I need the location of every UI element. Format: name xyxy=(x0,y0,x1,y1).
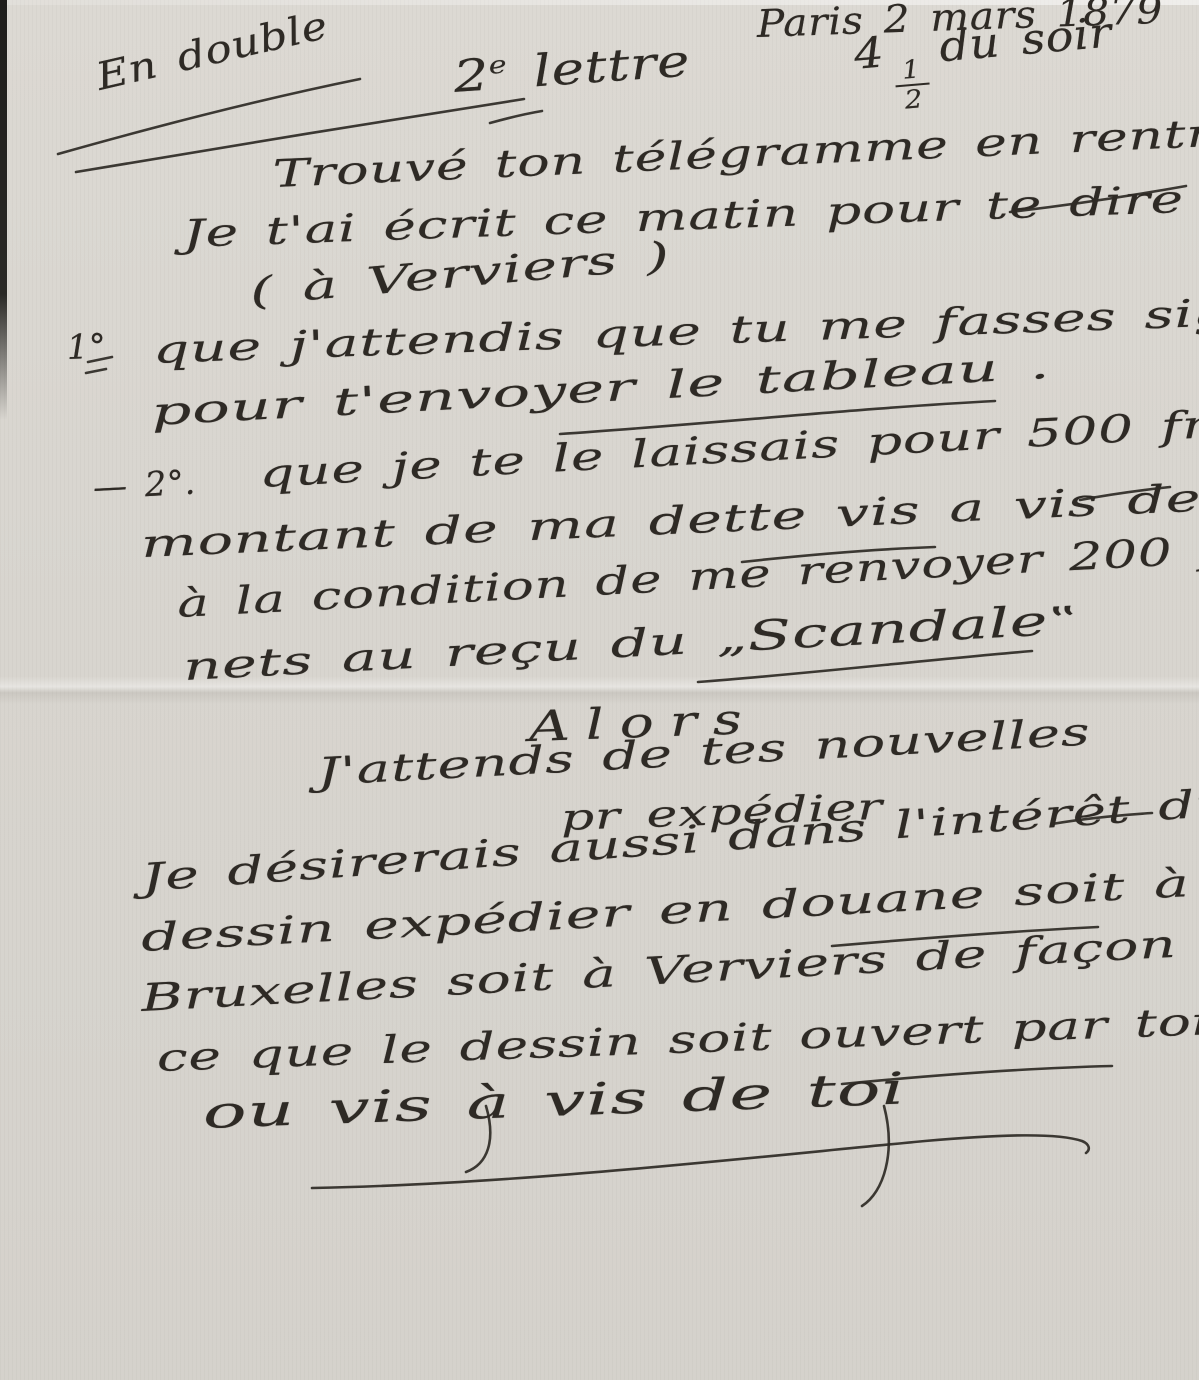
marker-item-2: — 2°. xyxy=(92,463,197,508)
fraction-numerator: 1 xyxy=(893,55,929,87)
title-number: 2 xyxy=(452,50,491,103)
title-ordinal-suffix: e xyxy=(488,51,508,80)
scandale-open-quote: „ xyxy=(715,615,749,661)
letter-page: Paris 2 mars 1879 En double 2e lettre 41… xyxy=(0,0,1199,1380)
fraction-denominator: 2 xyxy=(904,85,925,114)
annotation-en-double: En double xyxy=(92,3,332,99)
final-flourish xyxy=(312,1135,1089,1188)
marker1-dash-2 xyxy=(86,369,106,373)
scandale-close-quote: ‟ xyxy=(1047,598,1080,644)
underline-2e xyxy=(490,111,542,123)
scandale-word: Scandale xyxy=(746,597,1049,661)
time-hour: 4 xyxy=(852,27,886,78)
body-line-ouvert: ce que le dessin soit ouvert par toi xyxy=(156,999,1199,1080)
descender-vis-2 xyxy=(862,1106,889,1206)
time-fraction: 12 xyxy=(893,55,931,115)
title-word: lettre xyxy=(532,35,692,97)
body-line-vis-a-vis: ou vis à vis de toi xyxy=(202,1063,906,1138)
paper-left-edge-shadow xyxy=(0,0,7,420)
letter-number-title: 2e lettre xyxy=(452,35,692,102)
marker-item-1: 1° xyxy=(66,327,107,368)
